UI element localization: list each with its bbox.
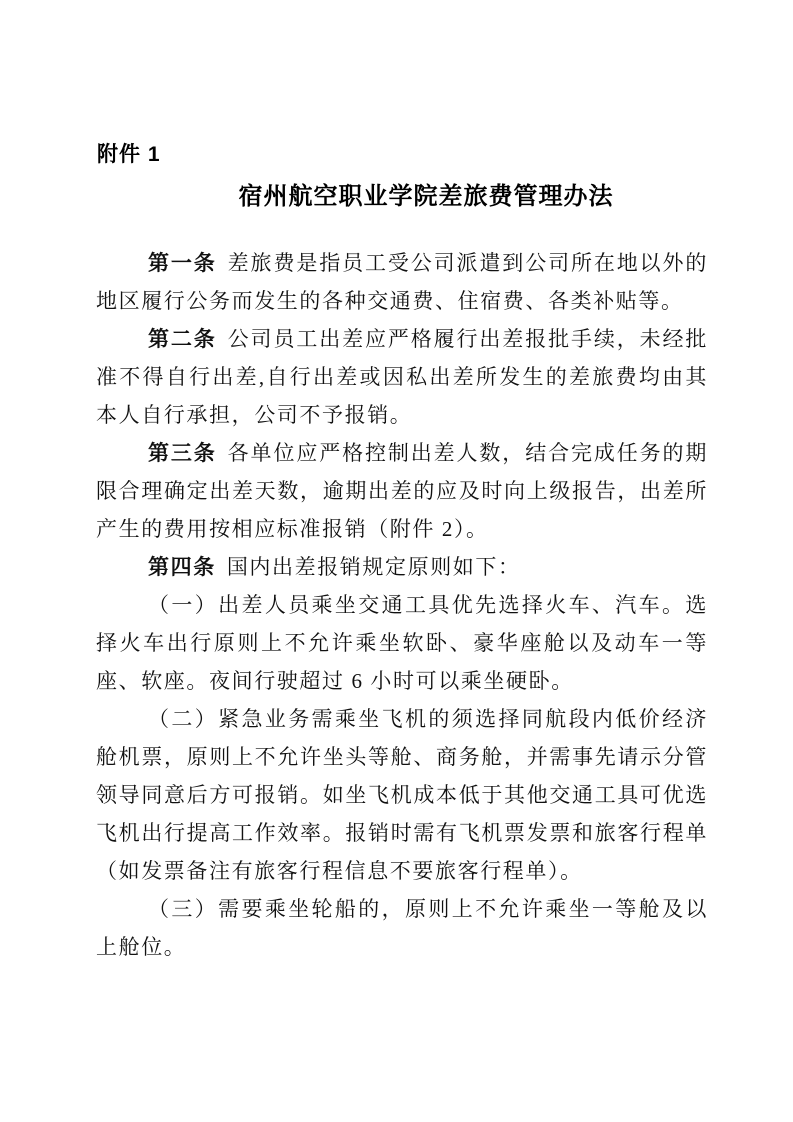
document-title: 宿州航空职业学院差旅费管理办法	[120, 176, 732, 211]
article-3-label: 第三条	[148, 441, 217, 465]
item-2-text: （二）紧急业务需乘坐飞机的须选择同航段内低价经济舱机票，原则上不允许坐头等舱、商…	[96, 707, 708, 883]
document-page: 附件 1 宿州航空职业学院差旅费管理办法 第一条差旅费是指员工受公司派遣到公司所…	[0, 0, 793, 1122]
article-4-label: 第四条	[148, 555, 216, 579]
attachment-label: 附件 1	[97, 138, 161, 168]
paragraph-item-3: （三）需要乘坐轮船的，原则上不允许乘坐一等舱及以上舱位。	[96, 890, 708, 966]
document-body: 第一条差旅费是指员工受公司派遣到公司所在地以外的地区履行公务而发生的各种交通费、…	[96, 244, 708, 966]
article-2-label: 第二条	[148, 327, 217, 351]
item-3-text: （三）需要乘坐轮船的，原则上不允许乘坐一等舱及以上舱位。	[96, 897, 708, 959]
paragraph-article-2: 第二条公司员工出差应严格履行出差报批手续，未经批准不得自行出差,自行出差或因私出…	[96, 320, 708, 434]
paragraph-article-1: 第一条差旅费是指员工受公司派遣到公司所在地以外的地区履行公务而发生的各种交通费、…	[96, 244, 708, 320]
paragraph-article-4: 第四条国内出差报销规定原则如下：	[96, 548, 708, 586]
paragraph-item-2: （二）紧急业务需乘坐飞机的须选择同航段内低价经济舱机票，原则上不允许坐头等舱、商…	[96, 700, 708, 890]
paragraph-article-3: 第三条各单位应严格控制出差人数，结合完成任务的期限合理确定出差天数，逾期出差的应…	[96, 434, 708, 548]
article-4-text: 国内出差报销规定原则如下：	[227, 555, 521, 579]
paragraph-item-1: （一）出差人员乘坐交通工具优先选择火车、汽车。选择火车出行原则上不允许乘坐软卧、…	[96, 586, 708, 700]
item-1-text: （一）出差人员乘坐交通工具优先选择火车、汽车。选择火车出行原则上不允许乘坐软卧、…	[96, 593, 708, 693]
article-1-label: 第一条	[148, 251, 217, 275]
